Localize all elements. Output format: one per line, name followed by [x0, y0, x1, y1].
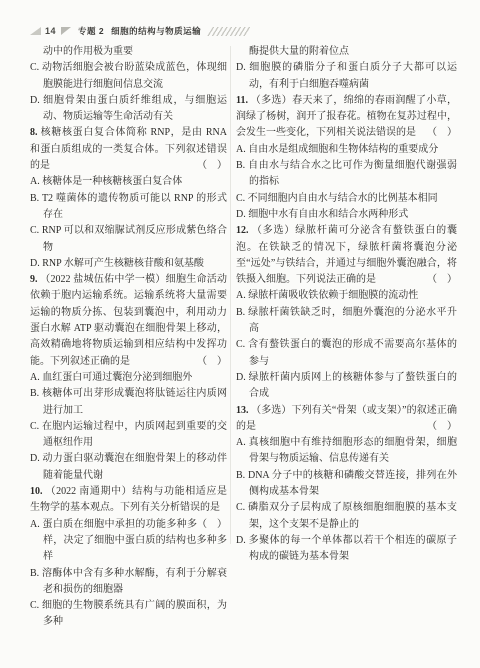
page-number: 14: [45, 26, 56, 36]
answer-bracket: （ ）: [427, 125, 457, 141]
answer-option: A. 自由水是组成细胞和生物体结构的重要成分: [236, 142, 457, 158]
question-number: 9.: [30, 274, 40, 285]
option-letter: A.: [30, 519, 43, 530]
option-letter: B.: [236, 307, 248, 318]
answer-bracket: （ ）: [427, 272, 457, 288]
text-column-left: 动中的作用极为重要C. 动物活细胞会被台盼蓝染成蓝色，体现细胞膜能进行细胞间信息…: [30, 44, 227, 631]
answer-option: C. 动物活细胞会被台盼蓝染成蓝色，体现细胞膜能进行细胞间信息交流: [30, 60, 227, 93]
answer-option: D. RNP 水解可产生核糖核苷酸和氨基酸: [30, 256, 227, 272]
answer-option: B. 溶酶体中含有多种水解酶，有利于分解衰老和损伤的细胞器: [30, 566, 227, 599]
answer-option: D. 细胞膜的磷脂分子和蛋白质分子大都可以运动，有利于白细胞吞噬病菌: [236, 60, 457, 93]
option-letter: B.: [30, 388, 42, 399]
answer-option: D. 多聚体的每一个单体都以若干个相连的碳原子构成的碳链为基本骨架: [236, 533, 457, 566]
question-stem: 11. （多选）春天来了，绵绵的春雨润醒了小草，润绿了杨树，润开了报春花。植物在…: [236, 93, 457, 142]
option-letter: D.: [236, 209, 248, 220]
answer-option: C. 磷脂双分子层构成了原核细胞细胞膜的基本支架，这个支架不是静止的: [236, 500, 457, 533]
answer-option: A. 核糖体是一种核糖核蛋白复合体: [30, 174, 227, 190]
option-letter: C.: [30, 600, 42, 611]
column-divider: [230, 46, 231, 544]
option-letter: C.: [30, 225, 42, 236]
answer-option: C. 在胞内运输过程中，内质网起到重要的交通枢纽作用: [30, 419, 227, 452]
question-stem: 8. 核糖核蛋白复合体简称 RNP，是由 RNA 和蛋白质组成的一类复合体。下列…: [30, 125, 227, 174]
workbook-page: 14 专题 2 细胞的结构与物质运输 动中的作用极为重要C. 动物活细胞会被台盼…: [0, 0, 480, 668]
answer-option: D. 绿脓杆菌内质网上的核糖体参与了螯铁蛋白的合成: [236, 370, 457, 403]
question-stem: 10. （2022 南通期中）结构与功能相适应是生物学的基本观点。下列有关分析错…: [30, 484, 227, 517]
answer-option: B. 核糖体可出芽形成囊泡将肽链运往内质网进行加工: [30, 386, 227, 419]
answer-option: A. 绿脓杆菌吸收铁依赖于细胞膜的流动性: [236, 288, 457, 304]
option-letter: A.: [30, 176, 42, 187]
question-number: 10.: [30, 486, 46, 497]
option-letter: D.: [30, 258, 42, 269]
answer-option: C. 含有螯铁蛋白的囊泡的形成不需要高尔基体的参与: [236, 337, 457, 370]
option-letter: C.: [236, 502, 248, 513]
option-letter: B.: [30, 193, 42, 204]
section-label: 专题 2: [78, 25, 104, 37]
page-header: 14 专题 2 细胞的结构与物质运输: [30, 24, 250, 38]
continuation-text: 酶提供大量的附着位点: [236, 44, 457, 60]
answer-option: C. RNP 可以和双缩脲试剂反应形成紫色络合物: [30, 223, 227, 256]
option-letter: C.: [30, 62, 42, 73]
text-column-right: 酶提供大量的附着位点D. 细胞膜的磷脂分子和蛋白质分子大都可以运动，有利于白细胞…: [236, 44, 457, 566]
option-letter: D.: [236, 535, 249, 546]
option-letter: A.: [236, 437, 249, 448]
option-letter: A.: [30, 372, 42, 383]
continuation-text: 动中的作用极为重要: [30, 44, 227, 60]
option-letter: B.: [236, 160, 248, 171]
answer-option: D. 动力蛋白驱动囊泡在细胞骨架上的移动伴随着能量代谢: [30, 451, 227, 484]
answer-option: D. 细胞中水有自由水和结合水两种形式: [236, 207, 457, 223]
option-letter: C.: [30, 421, 42, 432]
answer-bracket: （ ）: [427, 419, 457, 435]
option-letter: D.: [30, 453, 43, 464]
option-letter: D.: [236, 62, 249, 73]
question-number: 11.: [236, 95, 251, 106]
corner-triangle-icon: [30, 27, 41, 35]
option-letter: C.: [236, 339, 248, 350]
answer-bracket: （ ）: [197, 158, 227, 174]
flag-triangle-icon: [61, 27, 71, 35]
question-number: 8.: [30, 127, 41, 138]
answer-option: B. 绿脓杆菌铁缺乏时，细胞外囊泡的分泌水平升高: [236, 305, 457, 338]
question-number: 12.: [236, 225, 252, 236]
question-stem: 12. （多选）绿脓杆菌可分泌含有螯铁蛋白的囊泡。在铁缺乏的情况下，绿脓杆菌将囊…: [236, 223, 457, 288]
answer-option: B. T2 噬菌体的遗传物质可能以 RNP 的形式存在: [30, 191, 227, 224]
section-title: 细胞的结构与物质运输: [111, 25, 201, 37]
question-stem: 13. （多选）下列有关“骨架（或支架）”的叙述正确的是（ ）: [236, 403, 457, 436]
answer-option: B. 自由水与结合水之比可作为衡量细胞代谢强弱的指标: [236, 158, 457, 191]
answer-option: B. DNA 分子中的核糖和磷酸交替连接，排列在外侧构成基本骨架: [236, 468, 457, 501]
option-letter: D.: [236, 372, 249, 383]
option-letter: B.: [236, 470, 248, 481]
option-letter: A.: [236, 144, 248, 155]
hatch-decoration-icon: [207, 27, 253, 36]
answer-bracket: （ ）: [197, 354, 227, 370]
answer-option: C. 不同细胞内自由水与结合水的比例基本相同: [236, 191, 457, 207]
answer-option: C. 细胞的生物膜系统具有广阔的膜面积，为多种: [30, 598, 227, 631]
answer-option: D. 细胞骨架由蛋白质纤维组成，与细胞运动、物质运输等生命活动有关: [30, 93, 227, 126]
question-number: 13.: [236, 405, 251, 416]
answer-option: A. 血红蛋白可通过囊泡分泌到细胞外: [30, 370, 227, 386]
answer-bracket: （ ）: [197, 517, 227, 533]
answer-option: A. 真核细胞中有维持细胞形态的细胞骨架，细胞骨架与物质运输、信息传递有关: [236, 435, 457, 468]
option-letter: C.: [236, 193, 248, 204]
question-stem: 9. （2022 盐城伍佑中学一模）细胞生命活动依赖于胞内运输系统。运输系统将大…: [30, 272, 227, 370]
option-letter: D.: [30, 95, 43, 106]
option-letter: A.: [236, 290, 248, 301]
option-letter: B.: [30, 568, 42, 579]
